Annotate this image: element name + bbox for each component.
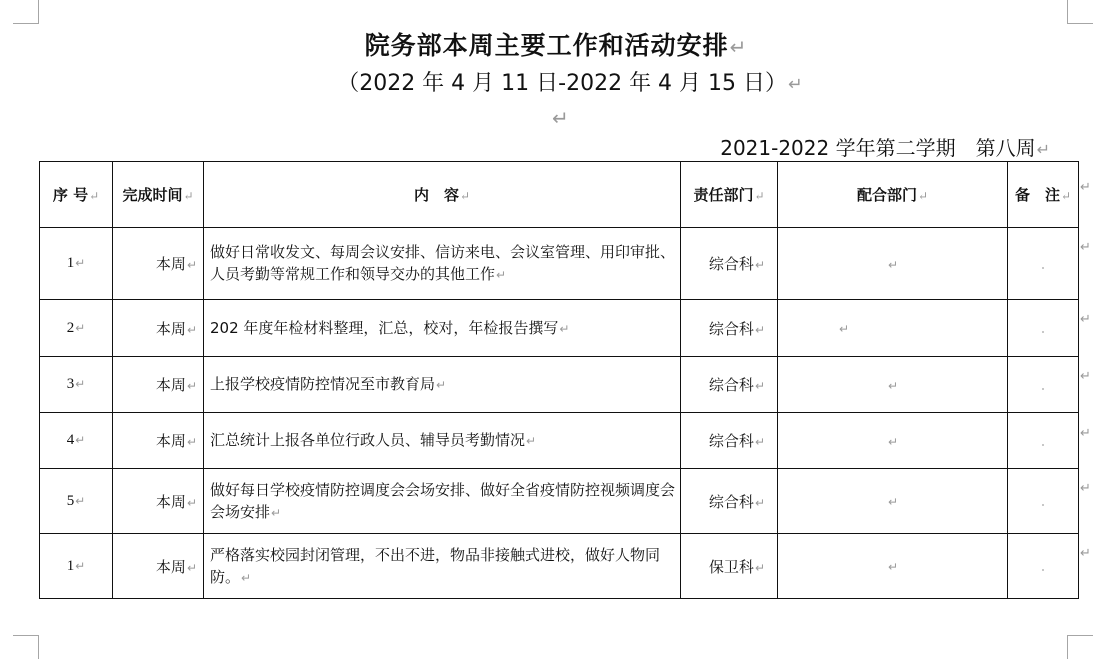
table-row: 5↵ 本周↵ 做好每日学校疫情防控调度会会场安排、做好全省疫情防控视频调度会会场… — [40, 469, 1079, 534]
cell-responsible[interactable]: 综合科↵ — [681, 469, 778, 534]
space-mark-icon — [1042, 331, 1044, 333]
table-row: 1↵ 本周↵ 严格落实校园封闭管理，不出不进，物品非接触式进校，做好人物同防。↵… — [40, 534, 1079, 599]
cell-time[interactable]: 本周↵ — [113, 357, 204, 413]
cell-remark[interactable] — [1008, 413, 1079, 469]
row-end-mark-icon: ↵ — [1080, 240, 1091, 255]
header-content[interactable]: 内 容↵ — [204, 162, 681, 228]
cell-time[interactable]: 本周↵ — [113, 534, 204, 599]
cell-content[interactable]: 做好每日学校疫情防控调度会会场安排、做好全省疫情防控视频调度会会场安排↵ — [204, 469, 681, 534]
crop-mark-top-right-v — [1067, 0, 1068, 24]
cell-cooperating[interactable]: ↵ — [778, 228, 1008, 300]
row-end-mark-icon: ↵ — [1080, 312, 1091, 327]
cell-cooperating[interactable]: ↵ — [778, 413, 1008, 469]
table-header-row: 序 号↵ 完成时间↵ 内 容↵ 责任部门↵ 配合部门↵ 备 注↵ — [40, 162, 1079, 228]
cell-responsible[interactable]: 保卫科↵ — [681, 534, 778, 599]
cell-cooperating[interactable]: ↵ — [778, 534, 1008, 599]
space-mark-icon — [1042, 388, 1044, 390]
header-no[interactable]: 序 号↵ — [40, 162, 113, 228]
cell-content[interactable]: 上报学校疫情防控情况至市教育局↵ — [204, 357, 681, 413]
cell-remark[interactable] — [1008, 228, 1079, 300]
header-remark[interactable]: 备 注↵ — [1008, 162, 1079, 228]
crop-mark-top-left-v — [38, 0, 39, 24]
cell-responsible[interactable]: 综合科↵ — [681, 228, 778, 300]
paragraph-mark-icon: ↵ — [1037, 140, 1050, 159]
table-row: 4↵ 本周↵ 汇总统计上报各单位行政人员、辅导员考勤情况↵ 综合科↵ ↵ — [40, 413, 1079, 469]
row-end-mark-icon: ↵ — [1080, 426, 1091, 441]
crop-mark-bottom-right-v — [1067, 635, 1068, 659]
cell-remark[interactable] — [1008, 357, 1079, 413]
cell-remark[interactable] — [1008, 534, 1079, 599]
schedule-table: 序 号↵ 完成时间↵ 内 容↵ 责任部门↵ 配合部门↵ 备 注↵ 1↵ 本周↵ … — [39, 161, 1079, 599]
cell-time[interactable]: 本周↵ — [113, 413, 204, 469]
row-end-mark-icon: ↵ — [1080, 369, 1091, 384]
cell-mark-icon: ↵ — [89, 189, 99, 203]
crop-mark-bottom-left-h — [13, 635, 39, 636]
header-responsible[interactable]: 责任部门↵ — [681, 162, 778, 228]
crop-mark-top-left-h — [13, 23, 39, 24]
header-time[interactable]: 完成时间↵ — [113, 162, 204, 228]
cell-no[interactable]: 4↵ — [40, 413, 113, 469]
cell-content[interactable]: 汇总统计上报各单位行政人员、辅导员考勤情况↵ — [204, 413, 681, 469]
table-row: 1↵ 本周↵ 做好日常收发文、每周会议安排、信访来电、会议室管理、用印审批、人员… — [40, 228, 1079, 300]
date-range[interactable]: （2022 年 4 月 11 日-2022 年 4 月 15 日）↵ — [0, 66, 1120, 97]
semester-info-text: 2021-2022 学年第二学期 第八周 — [720, 136, 1035, 160]
semester-info[interactable]: 2021-2022 学年第二学期 第八周↵ — [720, 132, 1050, 161]
space-mark-icon — [1042, 504, 1044, 506]
paragraph-mark-icon: ↵ — [788, 75, 803, 95]
cell-responsible[interactable]: 综合科↵ — [681, 300, 778, 357]
cell-mark-icon: ↵ — [183, 189, 193, 203]
cell-remark[interactable] — [1008, 469, 1079, 534]
cell-mark-icon: ↵ — [754, 189, 764, 203]
header-cooperating[interactable]: 配合部门↵ — [778, 162, 1008, 228]
crop-mark-bottom-right-h — [1067, 635, 1093, 636]
row-end-mark-icon: ↵ — [1080, 481, 1091, 496]
date-range-text: （2022 年 4 月 11 日-2022 年 4 月 15 日） — [337, 71, 787, 96]
cell-no[interactable]: 5↵ — [40, 469, 113, 534]
paragraph-mark-icon[interactable]: ↵ — [552, 106, 569, 130]
document-title-text: 院务部本周主要工作和活动安排 — [365, 31, 729, 60]
space-mark-icon — [1042, 267, 1044, 269]
row-end-mark-icon: ↵ — [1080, 180, 1091, 195]
cell-cooperating[interactable]: ↵ — [778, 300, 1008, 357]
crop-mark-top-right-h — [1067, 23, 1093, 24]
row-end-mark-icon: ↵ — [1080, 546, 1091, 561]
cell-no[interactable]: 2↵ — [40, 300, 113, 357]
paragraph-mark-icon: ↵ — [730, 35, 748, 59]
space-mark-icon — [1042, 444, 1044, 446]
cell-no[interactable]: 1↵ — [40, 534, 113, 599]
cell-content[interactable]: 做好日常收发文、每周会议安排、信访来电、会议室管理、用印审批、人员考勤等常规工作… — [204, 228, 681, 300]
cell-mark-icon: ↵ — [460, 189, 470, 203]
cell-mark-icon: ↵ — [1061, 189, 1071, 203]
cell-no[interactable]: 1↵ — [40, 228, 113, 300]
cell-content[interactable]: 202 年度年检材料整理，汇总，校对，年检报告撰写↵ — [204, 300, 681, 357]
crop-mark-bottom-left-v — [38, 635, 39, 659]
cell-remark[interactable] — [1008, 300, 1079, 357]
document-title[interactable]: 院务部本周主要工作和活动安排↵ — [0, 26, 1112, 62]
table-row: 2↵ 本周↵ 202 年度年检材料整理，汇总，校对，年检报告撰写↵ 综合科↵ ↵ — [40, 300, 1079, 357]
cell-cooperating[interactable]: ↵ — [778, 469, 1008, 534]
cell-no[interactable]: 3↵ — [40, 357, 113, 413]
space-mark-icon — [1042, 569, 1044, 571]
cell-content[interactable]: 严格落实校园封闭管理，不出不进，物品非接触式进校，做好人物同防。↵ — [204, 534, 681, 599]
cell-time[interactable]: 本周↵ — [113, 469, 204, 534]
cell-cooperating[interactable]: ↵ — [778, 357, 1008, 413]
cell-time[interactable]: 本周↵ — [113, 228, 204, 300]
cell-responsible[interactable]: 综合科↵ — [681, 357, 778, 413]
cell-responsible[interactable]: 综合科↵ — [681, 413, 778, 469]
cell-mark-icon: ↵ — [918, 189, 928, 203]
cell-time[interactable]: 本周↵ — [113, 300, 204, 357]
table-row: 3↵ 本周↵ 上报学校疫情防控情况至市教育局↵ 综合科↵ ↵ — [40, 357, 1079, 413]
